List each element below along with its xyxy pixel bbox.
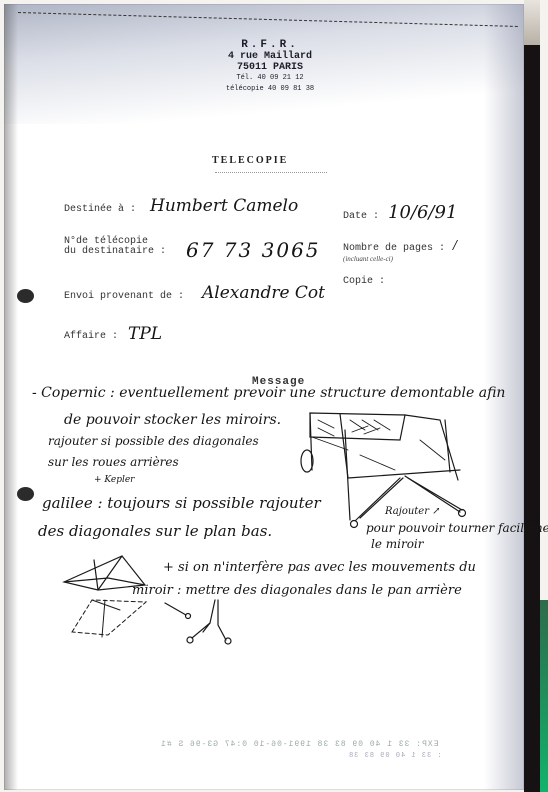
tripod-sketch (203, 600, 226, 640)
pyramid-sketch (64, 556, 145, 590)
structure-sketch (310, 413, 405, 440)
fax-transmission-header: EXP: 33 1 40 09 83 38 1991-06-10 0:47 G3… (160, 740, 438, 749)
hand-sketch-drawings (0, 0, 548, 792)
fax-transmission-header-2: : 33 1 40 09 83 38 (348, 752, 442, 760)
